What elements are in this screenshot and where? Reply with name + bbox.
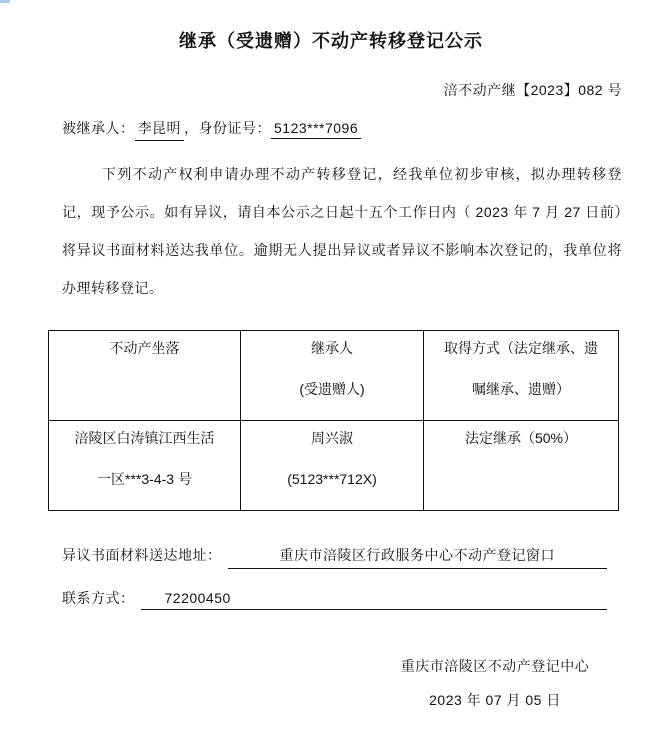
header-cell-heir: 继承人 (受遗赠人): [241, 331, 424, 421]
signature-org: 重庆市涪陵区不动产登记中心: [330, 656, 660, 676]
header-location-line2: [55, 379, 234, 420]
table-header-row: 不动产坐落 继承人 (受遗赠人) 取得方式（法定继承、遗 嘱继承、遗赠）: [49, 331, 619, 421]
decedent-name: 李昆明: [135, 118, 185, 141]
decedent-line: 被继承人：李昆明，身份证号：5123***7096: [62, 118, 361, 141]
header-cell-acquisition: 取得方式（法定继承、遗 嘱继承、遗赠）: [424, 331, 619, 421]
delivery-address-label: 异议书面材料送达地址：: [62, 545, 222, 565]
header-heir-line2: (受遗赠人): [247, 379, 417, 420]
contact-phone-value: 72200450: [141, 590, 608, 610]
contact-label: 联系方式：: [62, 588, 135, 608]
acquisition-method-line2: [430, 469, 612, 510]
header-heir-line1: 继承人: [247, 338, 417, 379]
signature-block: 重庆市涪陵区不动产登记中心 2023 年 07 月 05 日: [330, 656, 660, 710]
cell-heir-name: 周兴淑 (5123***712X): [241, 421, 424, 511]
id-label: ，身份证号：: [184, 120, 271, 136]
table-row: 涪陵区白涛镇江西生活 一区***3-4-3 号 周兴淑 (5123***712X…: [49, 421, 619, 511]
document-number: 涪不动产继【2023】082 号: [444, 80, 622, 100]
decedent-id-number: 5123***7096: [271, 120, 361, 139]
property-table: 不动产坐落 继承人 (受遗赠人) 取得方式（法定继承、遗 嘱继承、遗赠） 涪陵区…: [48, 330, 619, 511]
notice-document: 继承（受遗赠）不动产转移登记公示 涪不动产继【2023】082 号 被继承人：李…: [0, 0, 662, 739]
page-title: 继承（受遗赠）不动产转移登记公示: [0, 27, 662, 53]
header-acquisition-line1: 取得方式（法定继承、遗: [430, 338, 612, 379]
property-location-line1: 涪陵区白涛镇江西生活: [55, 428, 234, 469]
heir-name: 周兴淑: [247, 428, 417, 469]
header-acquisition-line2: 嘱继承、遗赠）: [430, 379, 612, 420]
contact-line: 联系方式： 72200450: [62, 588, 607, 610]
cell-property-location: 涪陵区白涛镇江西生活 一区***3-4-3 号: [49, 421, 241, 511]
acquisition-method: 法定继承（50%）: [430, 428, 612, 469]
notice-paragraph: 下列不动产权利申请办理不动产转移登记，经我单位初步审核，拟办理转移登记，现予公示…: [62, 155, 622, 307]
header-cell-location: 不动产坐落: [49, 331, 241, 421]
signature-date: 2023 年 07 月 05 日: [330, 690, 660, 710]
cell-acquisition-method: 法定继承（50%）: [424, 421, 619, 511]
heir-id-number: (5123***712X): [247, 469, 417, 510]
delivery-address-value: 重庆市涪陵区行政服务中心不动产登记窗口: [228, 545, 608, 569]
decedent-label: 被继承人：: [62, 120, 135, 136]
delivery-address-line: 异议书面材料送达地址： 重庆市涪陵区行政服务中心不动产登记窗口: [62, 545, 607, 569]
header-location-line1: 不动产坐落: [55, 338, 234, 379]
corner-artifact: [0, 0, 10, 3]
property-location-line2: 一区***3-4-3 号: [55, 469, 234, 510]
